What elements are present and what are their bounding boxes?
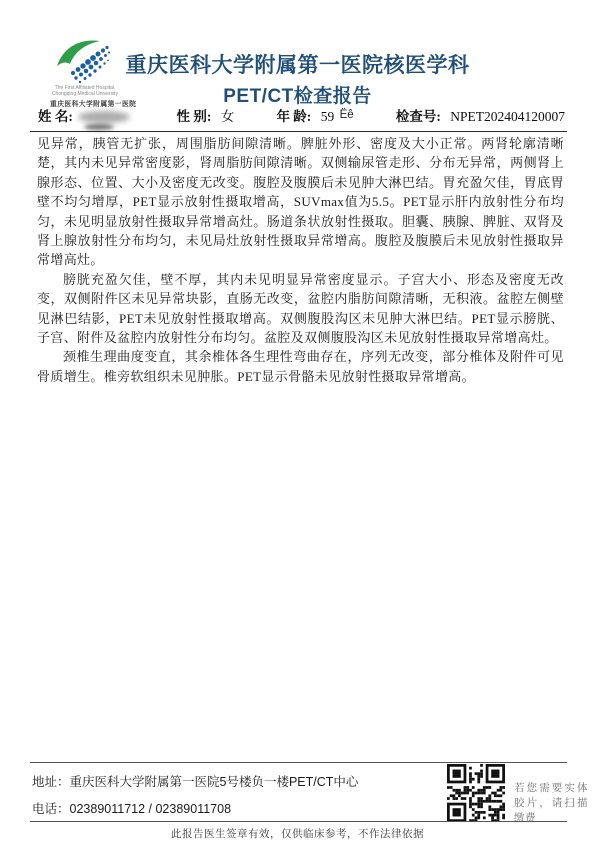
patient-age-label: 年 龄: <box>276 109 311 124</box>
payment-qr-code <box>447 764 505 822</box>
report-paragraph-abdomen: 见异常，胰管无扩张，周围脂肪间隙清晰。脾脏外形、密度及大小正常。两肾轮廓清晰楚，… <box>37 134 564 270</box>
patient-age-value: 59 <box>321 109 335 124</box>
address-label: 地址： <box>32 775 70 789</box>
page-subtitle: PET/CT检查报告 <box>0 81 595 108</box>
report-disclaimer: 此报告医生签章有效，仅供临床参考，不作法律依据 <box>0 826 595 841</box>
patient-name-label: 姓 名: <box>38 109 73 124</box>
report-paragraph-pelvis: 膀胱充盈欠佳，壁不厚，其内未见明显异常密度显示。子宫大小、形态及密度无改变，双侧… <box>37 270 564 348</box>
phone-value: 02389011712 / 02389011708 <box>70 802 232 816</box>
report-paragraph-spine: 颈椎生理曲度变直，其余椎体各生理性弯曲存在，序列无改变，部分椎体及附件可见骨质增… <box>37 347 564 386</box>
patient-age-field: 年 龄: 59 Ëê <box>276 105 353 125</box>
header-titles: 重庆医科大学附属第一医院核医学科 PET/CT检查报告 <box>0 49 595 108</box>
phone-label: 电话： <box>32 802 70 816</box>
redaction-smudge <box>78 111 130 123</box>
page-title: 重庆医科大学附属第一医院核医学科 <box>0 49 595 79</box>
footer-address-line: 地址：重庆医科大学附属第一医院5号楼负一楼PET/CT中心 <box>32 772 358 790</box>
patient-gender-field: 性 别: 女 <box>176 105 234 125</box>
header-separator-line <box>30 131 567 132</box>
patient-gender-value: 女 <box>221 109 235 124</box>
exam-number-field: 检查号: NPET202404120007 <box>396 105 565 125</box>
patient-info-row: 姓 名: 性 别: 女 年 龄: 59 Ëê 检查号: NPET20240412… <box>38 105 565 129</box>
exam-number-label: 检查号: <box>396 109 441 124</box>
address-value: 重庆医科大学附属第一医院5号楼负一楼PET/CT中心 <box>70 775 359 789</box>
report-body: 见异常，胰管无扩张，周围脂肪间隙清晰。脾脏外形、密度及大小正常。两肾轮廓清晰楚，… <box>37 134 564 386</box>
patient-name-field: 姓 名: <box>38 105 134 126</box>
qr-caption: 若您需要实体胶片，请扫描缴费 <box>514 781 588 826</box>
patient-age-unit: Ëê <box>340 109 354 121</box>
footer-phone-line: 电话：02389011712 / 02389011708 <box>32 799 231 817</box>
patient-name-redacted <box>76 110 134 126</box>
redaction-smudge <box>84 124 114 130</box>
exam-number-value: NPET202404120007 <box>450 109 565 124</box>
patient-gender-label: 性 别: <box>176 109 211 124</box>
footer-bottom-line <box>30 821 567 822</box>
report-page: The First Affiliated Hospital, Chongqing… <box>0 0 595 841</box>
footer-top-line <box>30 762 567 763</box>
